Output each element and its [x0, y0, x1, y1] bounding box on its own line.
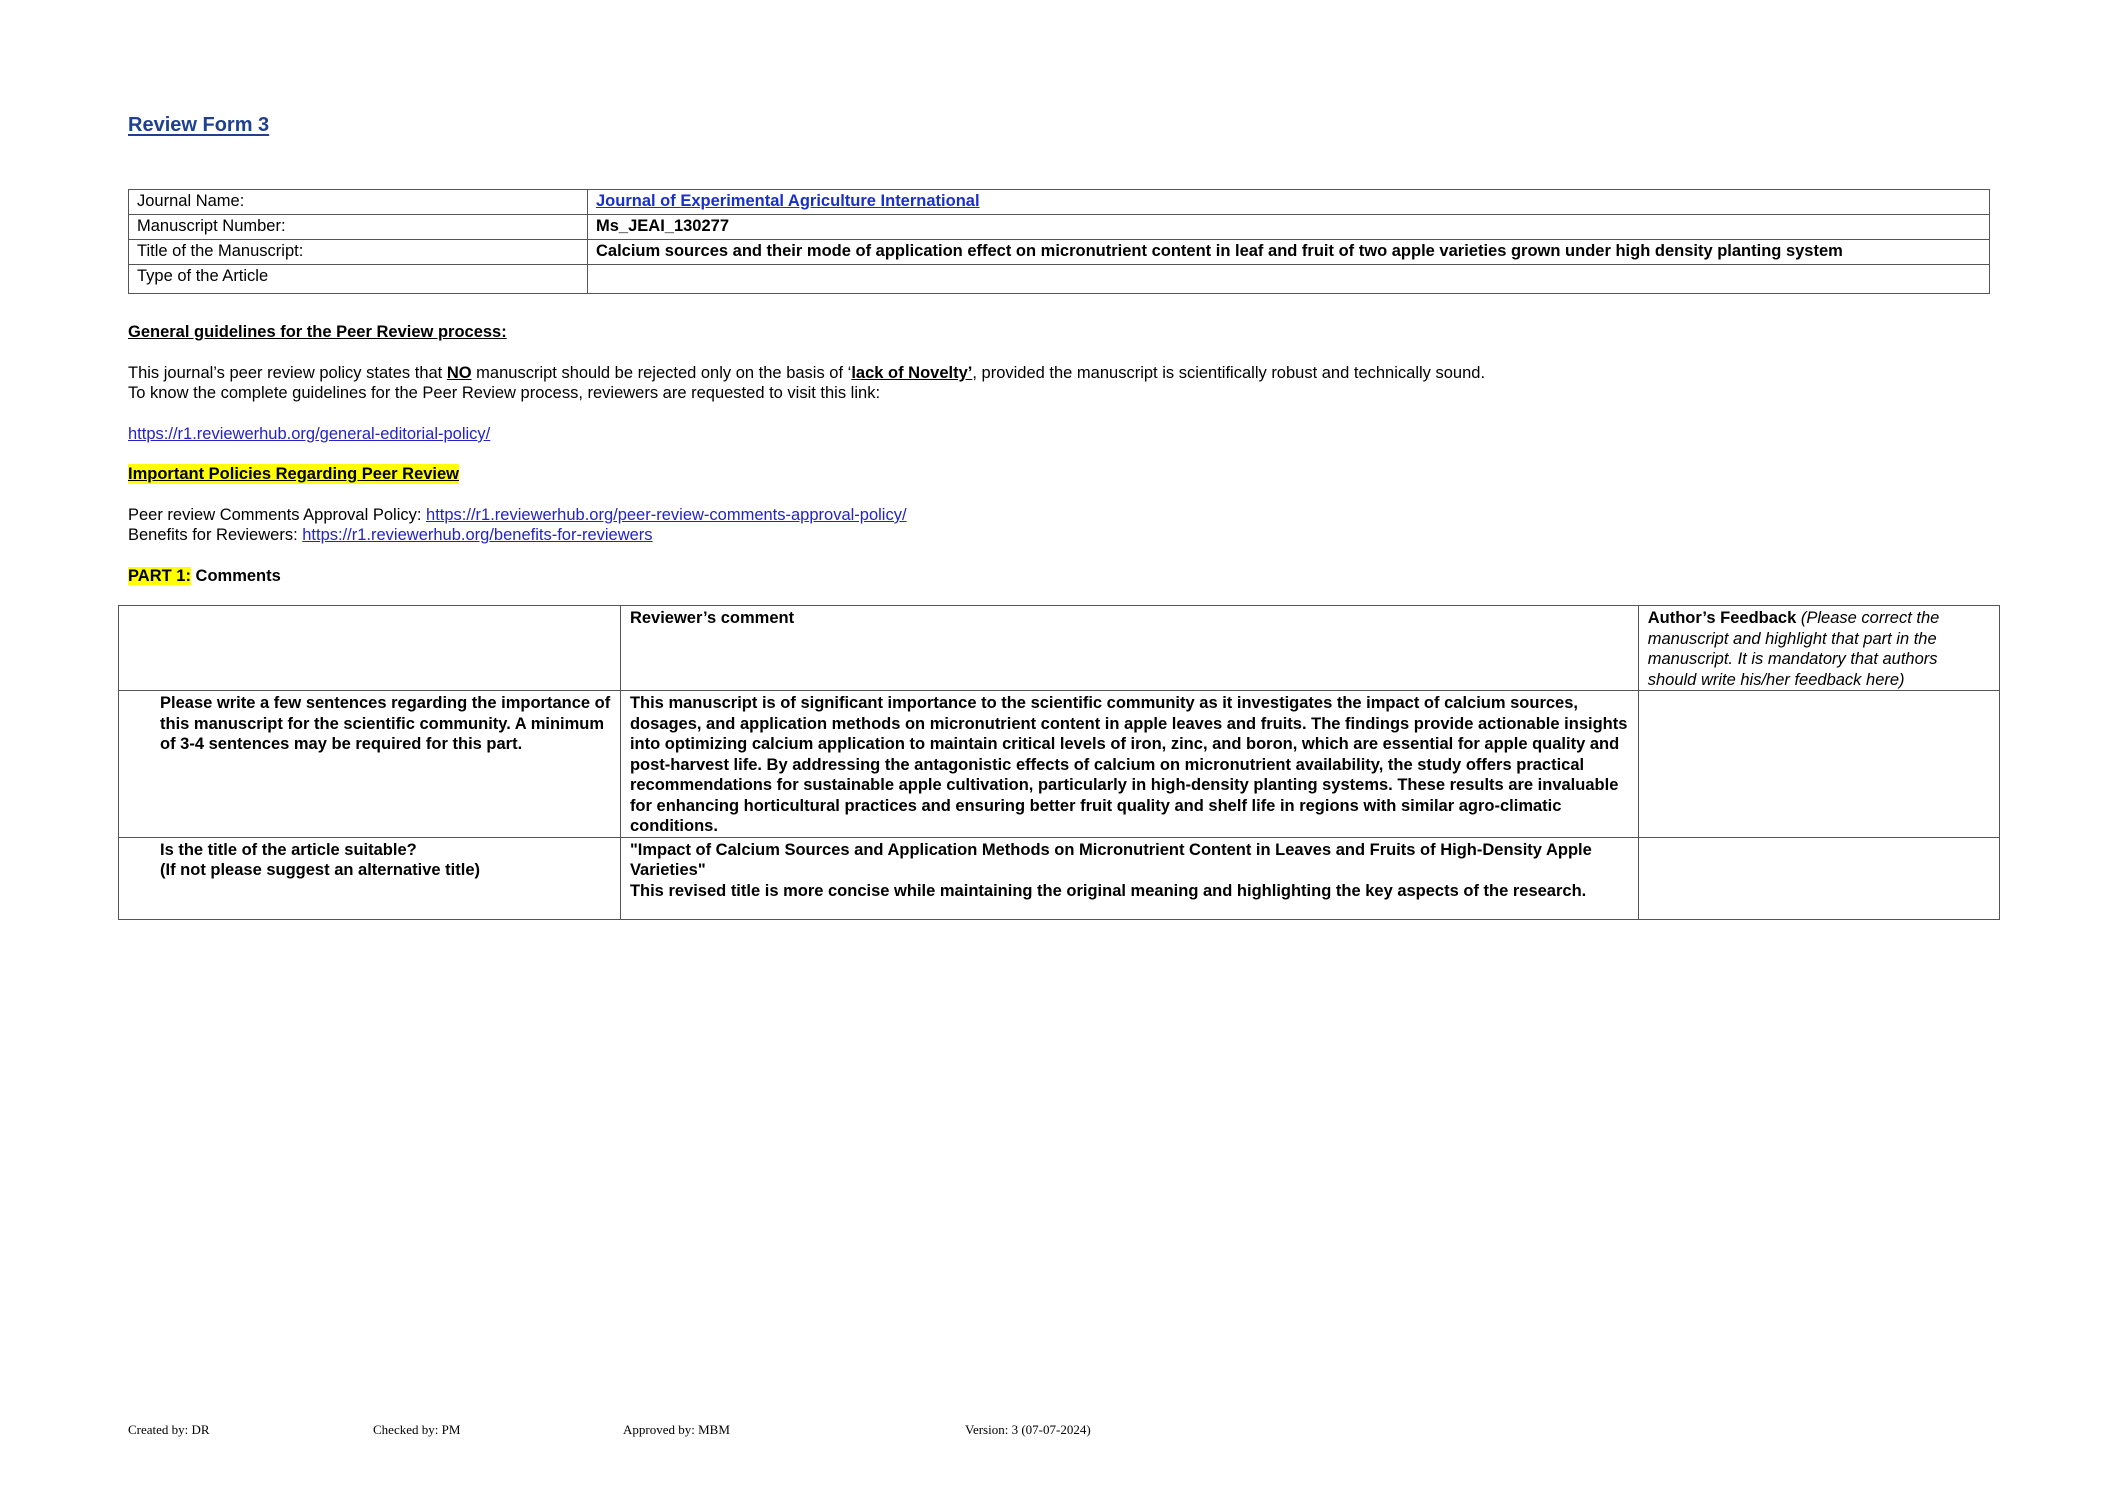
importance-question: Please write a few sentences regarding t…: [119, 691, 621, 838]
guidelines-visit-line: To know the complete guidelines for the …: [128, 383, 880, 403]
journal-name-label: Journal Name:: [129, 190, 588, 215]
footer-checked-by: Checked by: PM: [373, 1422, 460, 1438]
policy-text-post: , provided the manuscript is scientifica…: [972, 364, 1485, 382]
part1-title: Comments: [191, 567, 281, 585]
footer-version: Version: 3 (07-07-2024): [965, 1422, 1091, 1438]
article-type-row: Type of the Article: [129, 265, 1990, 294]
form-title[interactable]: Review Form 3: [128, 114, 269, 137]
manuscript-number-row: Manuscript Number: Ms_JEAI_130277: [129, 215, 1990, 240]
approval-policy-link[interactable]: https://r1.reviewerhub.org/peer-review-c…: [426, 506, 907, 524]
comments-header-row: Reviewer’s comment Author’s Feedback (Pl…: [119, 606, 2000, 691]
importance-author-feedback[interactable]: [1638, 691, 1999, 838]
table-row: Is the title of the article suitable? (I…: [119, 837, 2000, 919]
manuscript-title-value: Calcium sources and their mode of applic…: [588, 240, 1990, 265]
benefits-link[interactable]: https://r1.reviewerhub.org/benefits-for-…: [302, 526, 652, 544]
part1-heading: PART 1: Comments: [128, 566, 281, 586]
title-reviewer-comment: "Impact of Calcium Sources and Applicati…: [620, 837, 1638, 919]
important-policies-heading: Important Policies Regarding Peer Review: [128, 464, 459, 484]
benefits-line: Benefits for Reviewers: https://r1.revie…: [128, 525, 653, 545]
manuscript-info-table: Journal Name: Journal of Experimental Ag…: [128, 189, 1990, 294]
general-editorial-policy-link[interactable]: https://r1.reviewerhub.org/general-edito…: [128, 424, 490, 444]
importance-reviewer-comment: This manuscript is of significant import…: [620, 691, 1638, 838]
header-reviewer-comment: Reviewer’s comment: [620, 606, 1638, 691]
article-type-value: [588, 265, 1990, 294]
journal-name-row: Journal Name: Journal of Experimental Ag…: [129, 190, 1990, 215]
table-row: Please write a few sentences regarding t…: [119, 691, 2000, 838]
title-question-line1: Is the title of the article suitable?: [160, 840, 611, 861]
part1-label: PART 1:: [128, 567, 191, 585]
policy-no-emphasis: NO: [447, 364, 472, 382]
manuscript-title-label: Title of the Manuscript:: [129, 240, 588, 265]
title-suitability-question: Is the title of the article suitable? (I…: [119, 837, 621, 919]
manuscript-number-value: Ms_JEAI_130277: [588, 215, 1990, 240]
guidelines-heading: General guidelines for the Peer Review p…: [128, 322, 507, 342]
approval-policy-label: Peer review Comments Approval Policy:: [128, 506, 426, 524]
footer-created-by: Created by: DR: [128, 1422, 210, 1438]
comments-table: Reviewer’s comment Author’s Feedback (Pl…: [118, 605, 2000, 920]
policy-text-pre: This journal’s peer review policy states…: [128, 364, 447, 382]
policy-text-mid: manuscript should be rejected only on th…: [472, 364, 852, 382]
manuscript-title-row: Title of the Manuscript: Calcium sources…: [129, 240, 1990, 265]
approval-policy-line: Peer review Comments Approval Policy: ht…: [128, 505, 907, 525]
benefits-label: Benefits for Reviewers:: [128, 526, 302, 544]
suggested-title: "Impact of Calcium Sources and Applicati…: [630, 840, 1629, 881]
article-type-label: Type of the Article: [129, 265, 588, 294]
guidelines-policy-line: This journal’s peer review policy states…: [128, 363, 1485, 383]
title-question-line2: (If not please suggest an alternative ti…: [160, 860, 611, 881]
policy-novelty-emphasis: lack of Novelty’: [851, 364, 972, 382]
suggested-title-rationale: This revised title is more concise while…: [630, 881, 1629, 902]
author-feedback-label: Author’s Feedback: [1648, 609, 1797, 627]
footer-approved-by: Approved by: MBM: [623, 1422, 730, 1438]
header-question-cell: [119, 606, 621, 691]
journal-name-value: Journal of Experimental Agriculture Inte…: [588, 190, 1990, 215]
journal-name-link[interactable]: Journal of Experimental Agriculture Inte…: [596, 192, 980, 210]
manuscript-number-label: Manuscript Number:: [129, 215, 588, 240]
header-author-feedback: Author’s Feedback (Please correct the ma…: [1638, 606, 1999, 691]
title-author-feedback[interactable]: [1638, 837, 1999, 919]
